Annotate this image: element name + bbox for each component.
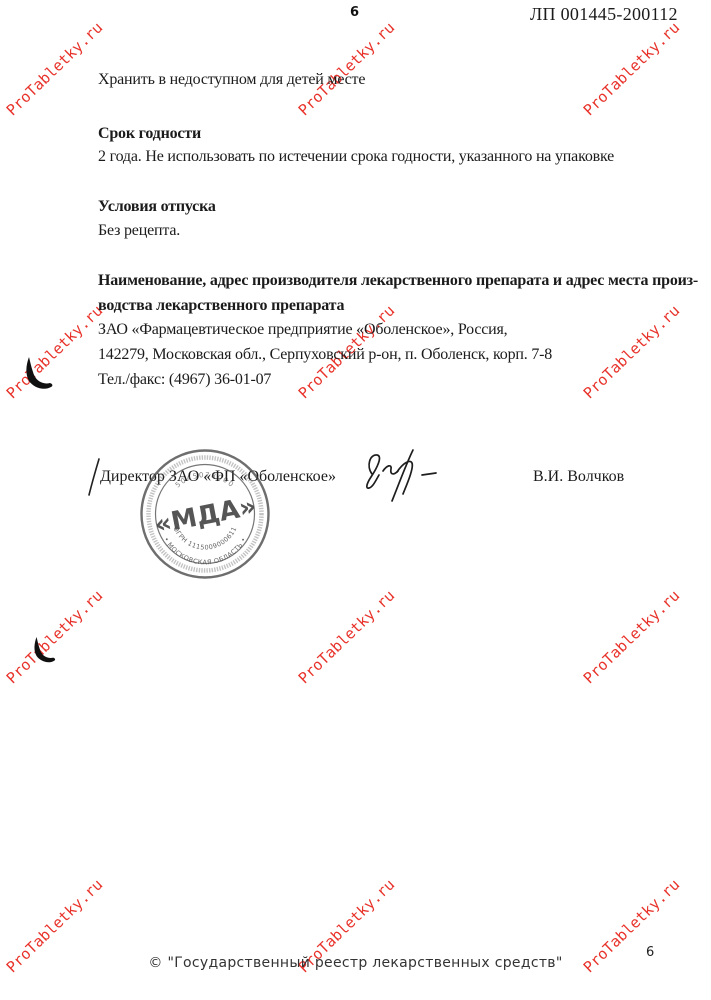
page-number-top: 6 [350, 5, 359, 20]
director-name: В.И. Волчков [533, 468, 624, 486]
shelf-life-heading: Срок годности [98, 125, 201, 143]
shelf-life-text: 2 года. Не использовать по истечении сро… [98, 148, 614, 166]
ink-blob [33, 637, 56, 664]
dispensing-text: Без рецепта. [98, 222, 180, 240]
storage-conditions-line: Хранить в недоступном для детей месте [98, 71, 365, 89]
dispensing-heading: Условия отпуска [98, 198, 216, 216]
stamp-top-number: 5045078000 [174, 471, 236, 489]
manufacturer-address-line: 142279, Московская обл., Серпуховский р-… [98, 346, 552, 364]
signature-scribble [350, 444, 450, 506]
page-number-bottom: 6 [646, 945, 654, 960]
document-number: ЛП 001445-200112 [530, 4, 678, 25]
company-stamp: 5045078000 ОГРН 1115009000611 • МОСКОВСК… [139, 448, 271, 580]
manufacturer-name-line: ЗАО «Фармацевтическое предприятие «Оболе… [98, 321, 507, 339]
svg-text:5045078000: 5045078000 [174, 471, 236, 489]
handwritten-slash [87, 457, 101, 497]
manufacturer-phone-line: Тел./факс: (4967) 36-01-07 [98, 371, 271, 389]
stamp-center-text: «МДА» [152, 491, 259, 540]
manufacturer-heading-line1: Наименование, адрес производителя лекарс… [98, 272, 698, 290]
ink-blob [25, 357, 53, 391]
copyright-line: © "Государственный реестр лекарственных … [0, 955, 711, 971]
document-page: ProTabletky.ruProTabletky.ruProTabletky.… [0, 0, 711, 1000]
manufacturer-heading-line2: водства лекарственного препарата [98, 297, 344, 315]
